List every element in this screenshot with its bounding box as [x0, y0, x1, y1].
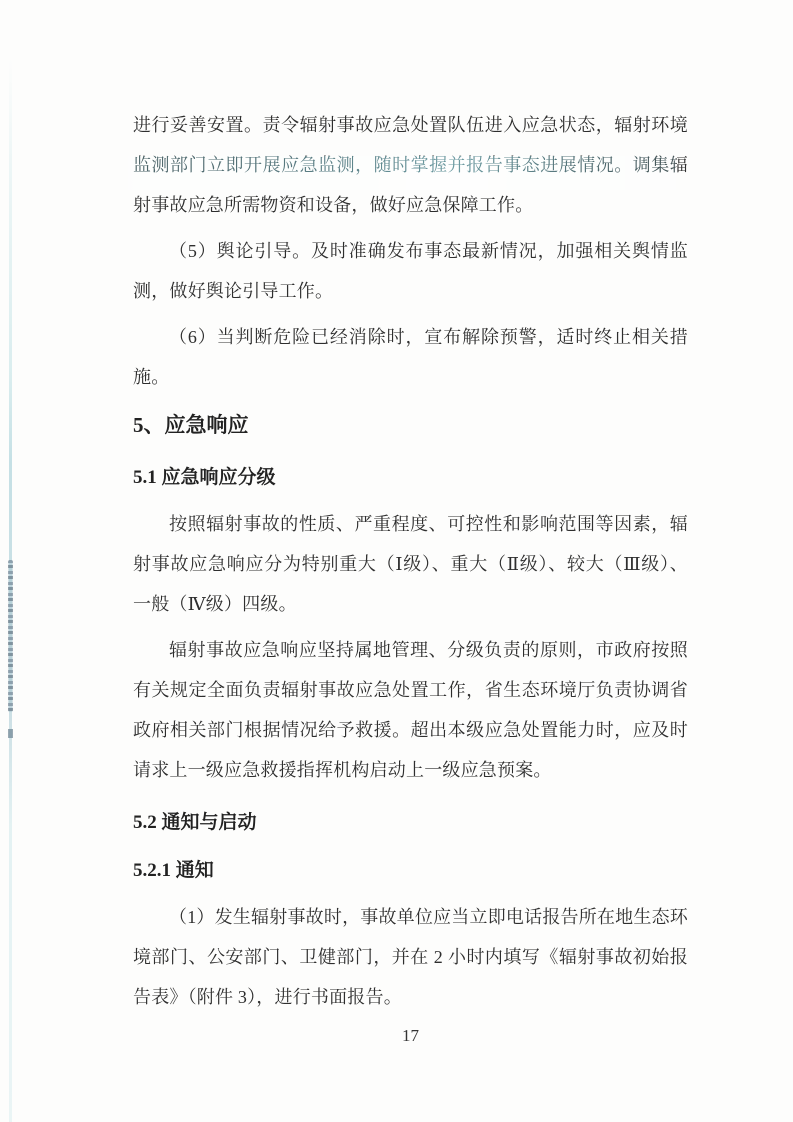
section-heading-5-emergency-response: 5、应急响应: [133, 405, 688, 445]
subsection-heading-5-2-notify-start: 5.2 通知与启动: [133, 803, 688, 843]
scan-edge-artifact-streak: [8, 729, 13, 738]
paragraph-item-6-lift-warning: （6）当判断危险已经消除时，宣布解除预警，适时终止相关措施。: [133, 317, 688, 397]
document-body: 进行妥善安置。责令辐射事故应急处置队伍进入应急状态，辐射环境监测部门立即开展应急…: [133, 105, 688, 1017]
page-number: 17: [133, 1024, 688, 1048]
paragraph-item-5-public-opinion: （5）舆论引导。及时准确发布事态最新情况，加强相关舆情监测，做好舆论引导工作。: [133, 231, 688, 311]
paragraph-response-principles: 辐射事故应急响应坚持属地管理、分级负责的原则，市政府按照有关规定全面负责辐射事故…: [133, 630, 688, 790]
paragraph-response-level-classification: 按照辐射事故的性质、严重程度、可控性和影响范围等因素，辐射事故应急响应分为特别重…: [133, 504, 688, 624]
subsection-heading-5-1-response-levels: 5.1 应急响应分级: [133, 458, 688, 498]
paragraph-notification-item-1: （1）发生辐射事故时，事故单位应当立即电话报告所在地生态环境部门、公安部门、卫健…: [133, 897, 688, 1017]
scanned-document-page: 进行妥善安置。责令辐射事故应急处置队伍进入应急状态，辐射环境监测部门立即开展应急…: [0, 0, 793, 1122]
scan-edge-artifact-line: [9, 58, 12, 1122]
subsection-heading-5-2-1-notification: 5.2.1 通知: [133, 851, 688, 891]
scan-edge-artifact-band: [8, 560, 13, 712]
paragraph-continuation-disposal: 进行妥善安置。责令辐射事故应急处置队伍进入应急状态，辐射环境监测部门立即开展应急…: [133, 105, 688, 225]
